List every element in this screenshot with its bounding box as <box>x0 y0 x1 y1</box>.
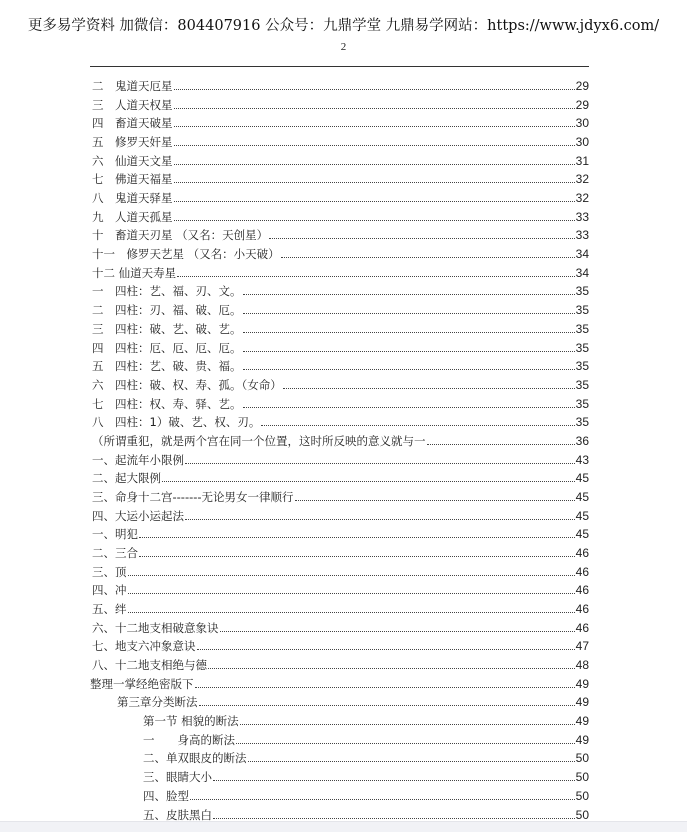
toc-entry[interactable]: 七 佛道天福星32 <box>92 168 589 186</box>
toc-entry-page: 34 <box>575 247 589 261</box>
toc-entry-title: 第三章分类断法 <box>117 695 199 709</box>
dot-leader <box>174 219 575 221</box>
toc-entry-page: 46 <box>575 583 589 597</box>
toc-entry-page: 47 <box>575 639 589 653</box>
toc-entry[interactable]: 三、眼睛大小50 <box>143 766 589 784</box>
toc-entry-page: 49 <box>575 733 589 747</box>
toc-entry-title: 六 仙道天文星 <box>92 154 174 168</box>
dot-leader <box>162 480 575 482</box>
toc-entry-title: 十一 修罗天艺星 （又名：小天破） <box>92 247 281 261</box>
dot-leader <box>128 611 575 613</box>
dot-leader <box>174 88 575 90</box>
toc-entry[interactable]: 五、绊46 <box>92 598 589 616</box>
toc-entry[interactable]: 六 四柱：破、权、寿、孤。（女命）35 <box>92 374 589 392</box>
toc-entry-title: 七、地支六冲象意诀 <box>92 639 197 653</box>
dot-leader <box>220 630 575 632</box>
toc-entry[interactable]: 七、地支六冲象意诀47 <box>92 635 589 653</box>
dot-leader <box>243 331 575 333</box>
dot-leader <box>208 667 575 669</box>
dot-leader <box>243 312 575 314</box>
toc-entry-title: 二 四柱：刃、福、破、厄。 <box>92 303 243 317</box>
toc-entry-title: 第一节 相貌的断法 <box>143 714 240 728</box>
dot-leader <box>236 742 575 744</box>
dot-leader <box>128 592 575 594</box>
toc-entry-title: 四 四柱：厄、厄、厄、厄。 <box>92 341 243 355</box>
toc-entry[interactable]: 十二 仙道天寿星34 <box>92 262 589 280</box>
dot-leader <box>243 368 575 370</box>
toc-entry-title: 八 鬼道天驿星 <box>92 191 174 205</box>
dot-leader <box>281 256 575 258</box>
toc-entry[interactable]: 九 人道天孤星33 <box>92 206 589 224</box>
dot-leader <box>174 107 575 109</box>
dot-leader <box>174 144 575 146</box>
dot-leader <box>261 424 574 426</box>
toc-entry[interactable]: 三 四柱：破、艺、破、艺。35 <box>92 318 589 336</box>
toc-entry-page: 34 <box>575 266 589 280</box>
dot-leader <box>195 686 575 688</box>
toc-entry-page: 46 <box>575 602 589 616</box>
toc-entry[interactable]: 二、单双眼皮的断法50 <box>143 747 589 765</box>
toc-entry[interactable]: 二 四柱：刃、福、破、厄。35 <box>92 299 589 317</box>
toc-entry-title: 十二 仙道天寿星 <box>92 266 177 280</box>
toc-entry[interactable]: 三、命身十二宫-------无论男女一律顺行45 <box>92 486 589 504</box>
toc-entry[interactable]: 七 四柱：权、寿、驿、艺。35 <box>92 393 589 411</box>
toc-entry[interactable]: 四、脸型50 <box>143 785 589 803</box>
toc-entry[interactable]: 五 四柱：艺、破、贵、福。35 <box>92 355 589 373</box>
toc-entry-title: 二、单双眼皮的断法 <box>143 751 248 765</box>
viewer-bottom-edge <box>0 821 687 832</box>
toc-entry[interactable]: 八 四柱：1）破、艺、权、刃。35 <box>92 411 589 429</box>
toc-entry-title: 四、大运小运起法 <box>92 509 185 523</box>
toc-entry-title: 八、十二地支相绝与德 <box>92 658 208 672</box>
toc-entry-title: 六 四柱：破、权、寿、孤。（女命） <box>92 378 283 392</box>
toc-entry-title: 三 四柱：破、艺、破、艺。 <box>92 322 243 336</box>
toc-entry-page: 35 <box>575 359 589 373</box>
dot-leader <box>213 779 575 781</box>
dot-leader <box>243 293 575 295</box>
toc-entry-title: 五、皮肤黑白 <box>143 808 213 822</box>
dot-leader <box>197 648 575 650</box>
dot-leader <box>199 704 575 706</box>
toc-entry[interactable]: （所谓重犯，就是两个宫在同一个位置，这时所反映的意义就与一36 <box>92 430 589 448</box>
dot-leader <box>139 536 575 538</box>
toc-entry[interactable]: 二、三合46 <box>92 542 589 560</box>
toc-entry[interactable]: 十 畜道天刃星 （又名：天创星）33 <box>92 224 589 242</box>
toc-entry[interactable]: 一 四柱：艺、福、刃、文。35 <box>92 280 589 298</box>
toc-entry[interactable]: 一、明犯45 <box>92 523 589 541</box>
toc-entry[interactable]: 二 鬼道天厄星29 <box>92 75 589 93</box>
toc-entry-page: 35 <box>575 322 589 336</box>
toc-entry-title: 三、顶 <box>92 565 128 579</box>
dot-leader <box>269 237 574 239</box>
toc-entry-page: 29 <box>575 79 589 93</box>
toc-entry-title: 一、明犯 <box>92 527 139 541</box>
toc-entry-page: 35 <box>575 415 589 429</box>
toc-entry-title: 二 鬼道天厄星 <box>92 79 174 93</box>
toc-entry-title: 一、起流年小限例 <box>92 453 185 467</box>
toc-entry-page: 30 <box>575 116 589 130</box>
toc-entry[interactable]: 一、起流年小限例43 <box>92 449 589 467</box>
toc-entry[interactable]: 第三章分类断法49 <box>117 691 589 709</box>
dot-leader <box>174 163 575 165</box>
toc-entry-title: 十 畜道天刃星 （又名：天创星） <box>92 228 269 242</box>
toc-entry-title: 四、脸型 <box>143 789 190 803</box>
toc-entry[interactable]: 三、顶46 <box>92 561 589 579</box>
toc-entry[interactable]: 八、十二地支相绝与德48 <box>92 654 589 672</box>
toc-entry-title: 五、绊 <box>92 602 128 616</box>
toc-entry-page: 32 <box>575 172 589 186</box>
dot-leader <box>283 387 575 389</box>
toc-entry[interactable]: 八 鬼道天驿星32 <box>92 187 589 205</box>
toc-entry[interactable]: 一 身高的断法49 <box>143 729 589 747</box>
toc-entry[interactable]: 四 四柱：厄、厄、厄、厄。35 <box>92 337 589 355</box>
toc-entry-page: 45 <box>575 509 589 523</box>
toc-entry-page: 33 <box>575 210 589 224</box>
toc-entry-page: 46 <box>575 565 589 579</box>
toc-entry[interactable]: 十一 修罗天艺星 （又名：小天破）34 <box>92 243 589 261</box>
dot-leader <box>240 723 575 725</box>
dot-leader <box>177 275 574 277</box>
toc-entry-page: 32 <box>575 191 589 205</box>
header-divider <box>90 66 589 67</box>
toc-entry-page: 50 <box>575 808 589 822</box>
toc-entry[interactable]: 五、皮肤黑白50 <box>143 804 589 822</box>
dot-leader <box>128 574 575 576</box>
toc-entry-title: 四、冲 <box>92 583 128 597</box>
dot-leader <box>185 462 575 464</box>
toc-entry-page: 45 <box>575 490 589 504</box>
dot-leader <box>243 406 575 408</box>
toc-entry-title: 一 身高的断法 <box>143 733 236 747</box>
toc-entry-title: 整理一掌经绝密版下 <box>90 677 195 691</box>
page-number: 2 <box>0 41 687 53</box>
toc-entry-page: 49 <box>575 714 589 728</box>
toc-entry-title: 七 四柱：权、寿、驿、艺。 <box>92 397 243 411</box>
toc-entry-title: 九 人道天孤星 <box>92 210 174 224</box>
toc-entry-page: 35 <box>575 341 589 355</box>
toc-entry-title: 七 佛道天福星 <box>92 172 174 186</box>
toc-entry-page: 46 <box>575 546 589 560</box>
toc-entry[interactable]: 二、起大限例45 <box>92 467 589 485</box>
toc-entry-title: 六、十二地支相破意象诀 <box>92 621 220 635</box>
toc-entry-page: 49 <box>575 695 589 709</box>
dot-leader <box>174 200 575 202</box>
toc-entry-title: 四 畜道天破星 <box>92 116 174 130</box>
toc-entry-title: 五 四柱：艺、破、贵、福。 <box>92 359 243 373</box>
dot-leader <box>174 181 575 183</box>
toc-entry-page: 48 <box>575 658 589 672</box>
toc-entry-page: 35 <box>575 397 589 411</box>
dot-leader <box>190 798 575 800</box>
toc-entry-page: 50 <box>575 770 589 784</box>
dot-leader <box>427 443 575 445</box>
toc-entry-title: 一 四柱：艺、福、刃、文。 <box>92 284 243 298</box>
toc-entry[interactable]: 整理一掌经绝密版下49 <box>90 673 589 691</box>
dot-leader <box>139 555 575 557</box>
toc-entry-title: （所谓重犯，就是两个宫在同一个位置，这时所反映的意义就与一 <box>92 434 427 448</box>
toc-entry-title: 三、命身十二宫-------无论男女一律顺行 <box>92 490 295 504</box>
toc-entry-page: 30 <box>575 135 589 149</box>
toc-entry-title: 三、眼睛大小 <box>143 770 213 784</box>
toc-entry-page: 50 <box>575 751 589 765</box>
toc-entry-page: 29 <box>575 98 589 112</box>
toc-entry[interactable]: 四 畜道天破星30 <box>92 112 589 130</box>
toc-entry-page: 50 <box>575 789 589 803</box>
toc-entry[interactable]: 第一节 相貌的断法49 <box>143 710 589 728</box>
toc-entry-page: 36 <box>575 434 589 448</box>
toc-entry-title: 五 修罗天奸星 <box>92 135 174 149</box>
toc-entry[interactable]: 四、大运小运起法45 <box>92 505 589 523</box>
toc-entry-title: 二、起大限例 <box>92 471 162 485</box>
toc-entry-page: 43 <box>575 453 589 467</box>
dot-leader <box>213 817 575 819</box>
header-banner: 更多易学资料 加微信：804407916 公众号：九鼎学堂 九鼎易学网站：htt… <box>0 14 687 35</box>
toc-entry-page: 46 <box>575 621 589 635</box>
toc-entry[interactable]: 三 人道天权星29 <box>92 94 589 112</box>
toc-entry-page: 35 <box>575 303 589 317</box>
dot-leader <box>248 760 575 762</box>
toc-entry-page: 35 <box>575 378 589 392</box>
toc-entry-title: 八 四柱：1）破、艺、权、刃。 <box>92 415 261 429</box>
dot-leader <box>243 350 575 352</box>
toc-entry[interactable]: 六 仙道天文星31 <box>92 150 589 168</box>
toc-entry-title: 二、三合 <box>92 546 139 560</box>
toc-entry-page: 33 <box>575 228 589 242</box>
dot-leader <box>295 499 575 501</box>
toc-entry[interactable]: 六、十二地支相破意象诀46 <box>92 617 589 635</box>
toc-entry[interactable]: 五 修罗天奸星30 <box>92 131 589 149</box>
dot-leader <box>185 518 575 520</box>
toc-entry-title: 三 人道天权星 <box>92 98 174 112</box>
toc-entry-page: 35 <box>575 284 589 298</box>
toc-entry-page: 45 <box>575 471 589 485</box>
toc-entry-page: 45 <box>575 527 589 541</box>
dot-leader <box>174 125 575 127</box>
toc-entry[interactable]: 四、冲46 <box>92 579 589 597</box>
toc-entry-page: 49 <box>575 677 589 691</box>
toc-entry-page: 31 <box>575 154 589 168</box>
